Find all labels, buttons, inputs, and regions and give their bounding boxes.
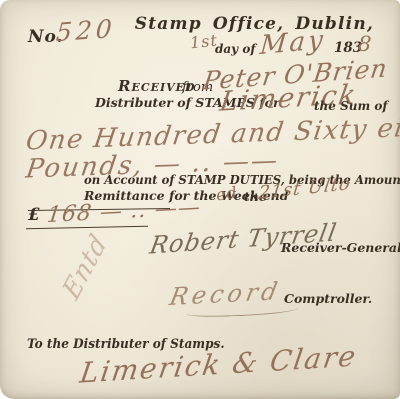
office-title: Stamp Office, Dublin,	[135, 14, 374, 34]
receipt-paper: No. 520 Stamp Office, Dublin, 1st day of…	[0, 0, 400, 399]
comptroller-title: Comptroller.	[284, 291, 372, 306]
sum-of-label: the Sum of	[314, 99, 388, 113]
amount-rule-bottom	[26, 226, 148, 230]
marginal-mark-handwritten: Entd	[58, 228, 113, 306]
amount-figures-handwritten: 168 — .. ——	[46, 195, 203, 228]
week-ended-handwritten: ed	[215, 183, 239, 205]
date-month-handwritten: May	[259, 25, 327, 61]
pound-sign: £	[28, 205, 40, 225]
receiver-title: Receiver-General.	[281, 240, 400, 255]
date-day-of-label: day of	[215, 42, 255, 56]
account-line1: on Account of STAMP DUTIES, being the Am…	[84, 173, 400, 187]
date-year-digit-handwritten: 8	[357, 32, 373, 57]
document-number-value: 520	[55, 14, 117, 47]
